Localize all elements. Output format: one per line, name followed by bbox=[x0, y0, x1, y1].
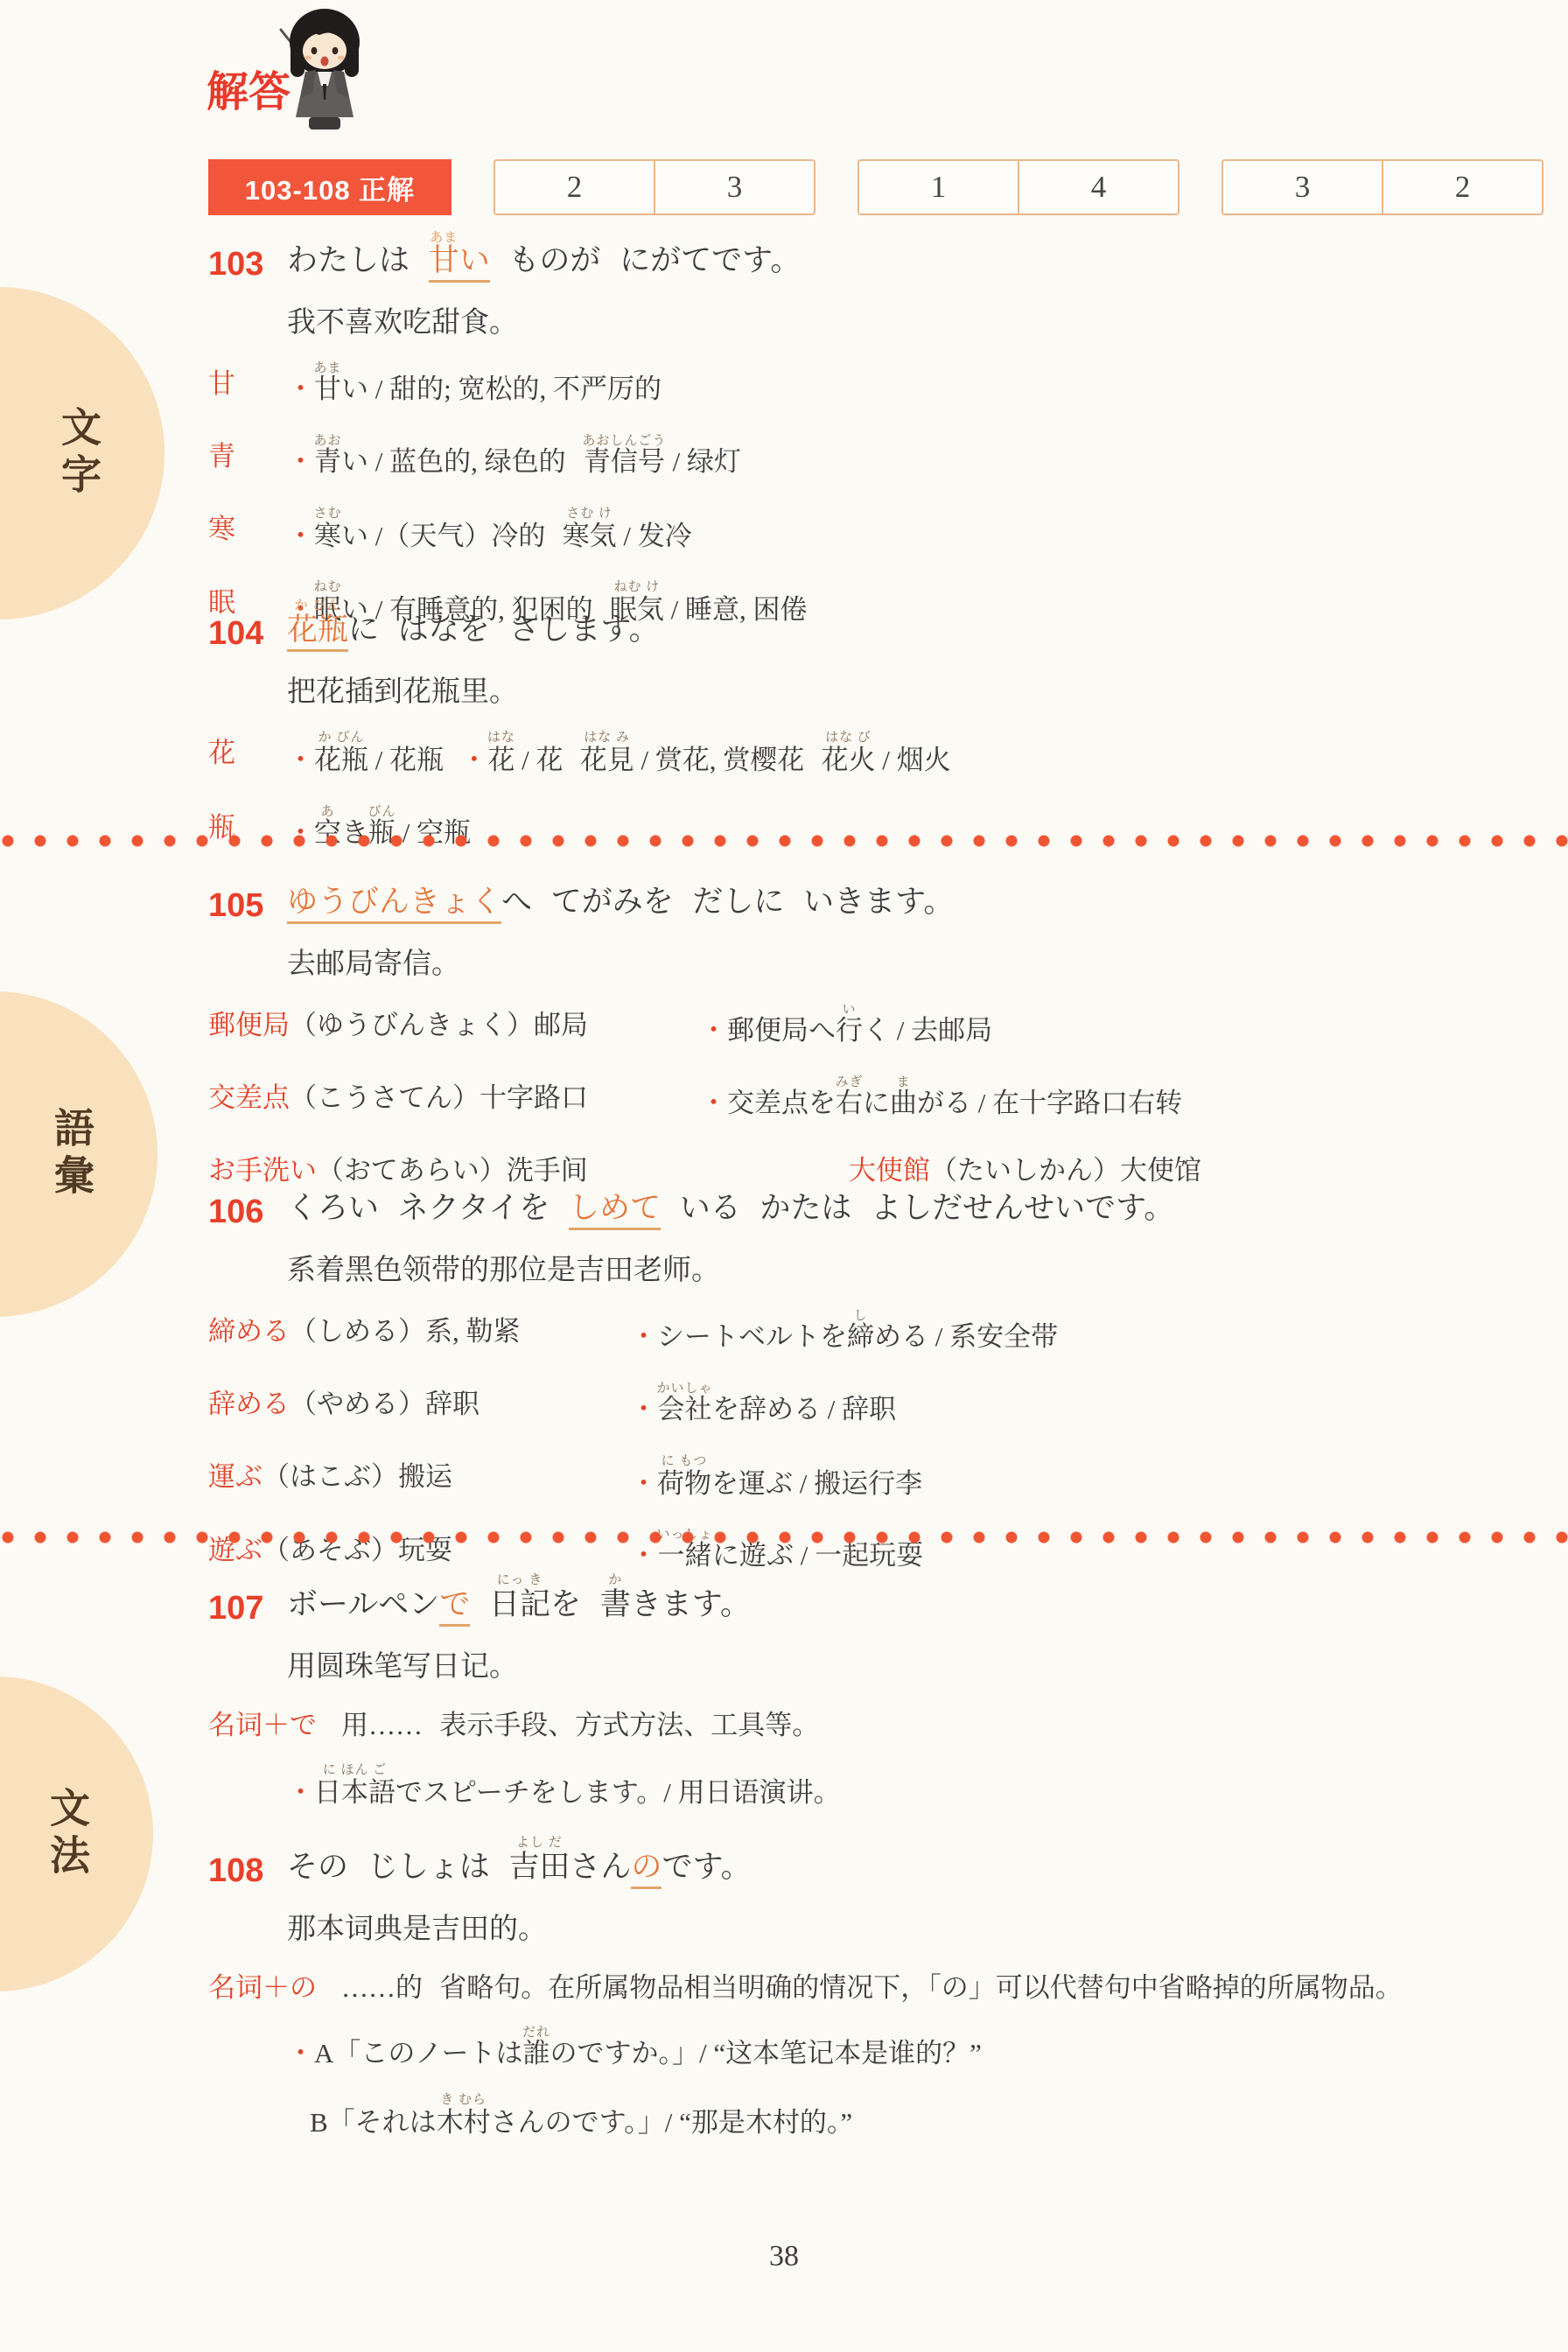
vocab-row: 辞める（やめる）辞职 ・会社かいしゃを辞める / 辞职 bbox=[208, 1382, 1543, 1433]
example-sentence-a: ・A「このノートは誰だれのですか。」/ “这本笔记本是谁的？” bbox=[287, 2026, 1543, 2077]
grammar-explanation: ……的省略句。在所属物品相当明确的情况下，「の」可以代替句中省略掉的所属物品。 bbox=[341, 1966, 1505, 2010]
section-104: 104 花瓶か びんにはなをさします。 把花插到花瓶里。 花 ・花瓶か びん /… bbox=[208, 598, 1543, 857]
answer-key-bar: 103-108 正解 2 3 1 4 3 2 bbox=[208, 159, 1543, 215]
vocab-entry: 締める（しめる）系, 勒紧 bbox=[208, 1309, 630, 1361]
vocab-example: ・会社かいしゃを辞める / 辞职 bbox=[630, 1382, 1543, 1433]
girl-illustration-svg bbox=[267, 2, 382, 143]
vocab-row: 甘 ・甘あまい / 甜的; 宽松的, 不严厉的 bbox=[208, 361, 1543, 413]
vocab-example: ・郵便局へ行いく / 去邮局 bbox=[700, 1003, 1543, 1054]
answer-group-2: 1 4 bbox=[857, 159, 1179, 215]
vocab-definition: ・寒さむい /（天气）冷的寒気さむ け / 发冷 bbox=[287, 507, 1543, 560]
chinese-translation: 用圆珠笔写日记。 bbox=[287, 1643, 1543, 1684]
answer-key-label: 103-108 正解 bbox=[208, 159, 451, 215]
vocab-example: ・シートベルトを締しめる / 系安全带 bbox=[630, 1309, 1543, 1361]
vocab-headword: 花 bbox=[208, 731, 287, 784]
vocab-row: 花 ・花瓶か びん / 花瓶・花はな / 花花見はな み / 赏花, 赏樱花花火… bbox=[208, 731, 1543, 784]
vocab-definition: ・花瓶か びん / 花瓶・花はな / 花花見はな み / 赏花, 赏樱花花火はな… bbox=[287, 731, 1543, 784]
answer-group-1: 2 3 bbox=[493, 159, 815, 215]
section-108: 108 そのじしょは吉田よし ださんのです。 那本词典是吉田的。 名词＋の ……… bbox=[208, 1836, 1543, 2145]
answer-group-3: 3 2 bbox=[1221, 159, 1543, 215]
badge-goi-label: 語彙 bbox=[42, 1107, 100, 1201]
vocab-definition: ・甘あまい / 甜的; 宽松的, 不严厉的 bbox=[287, 361, 1543, 413]
section-107: 107 ボールペンで日記にっ きを書かきます。 用圆珠笔写日记。 名词＋で 用…… bbox=[208, 1573, 1543, 1816]
japanese-sentence: くろいネクタイをしめているかたはよしだせんせいです。 bbox=[287, 1181, 1174, 1235]
section-106: 106 くろいネクタイをしめているかたはよしだせんせいです。 系着黑色领带的那位… bbox=[208, 1181, 1543, 1579]
japanese-sentence: ゆうびんきょくへてがみをだしにいきます。 bbox=[287, 875, 954, 928]
japanese-sentence: 花瓶か びんにはなをさします。 bbox=[287, 598, 660, 656]
vocab-entry: 運ぶ（はこぶ）搬运 bbox=[208, 1454, 630, 1508]
badge-moji-circle: 文字 bbox=[0, 287, 164, 619]
question-number: 107 bbox=[208, 1590, 287, 1631]
chinese-translation: 那本词典是吉田的。 bbox=[287, 1906, 1543, 1947]
teacher-girl-illustration bbox=[267, 2, 382, 148]
chinese-translation: 把花插到花瓶里。 bbox=[287, 668, 1543, 710]
vocab-headword: 寒 bbox=[208, 507, 287, 560]
vocab-row: 郵便局（ゆうびんきょく）邮局 ・郵便局へ行いく / 去邮局 bbox=[208, 1003, 1543, 1054]
example-sentence-b: B「それは木村き むらさんのです。」/ “那是木村的。” bbox=[310, 2093, 1543, 2146]
badge-bunpo-circle: 文法 bbox=[0, 1676, 153, 1991]
section-105: 105 ゆうびんきょくへてがみをだしにいきます。 去邮局寄信。 郵便局（ゆうびん… bbox=[208, 875, 1543, 1193]
section-divider bbox=[0, 1529, 1568, 1545]
answer-cell-104: 3 bbox=[654, 161, 814, 213]
answer-cell-105: 1 bbox=[859, 161, 1018, 213]
answer-cell-103: 2 bbox=[495, 161, 654, 213]
grammar-note: 名词＋の ……的省略句。在所属物品相当明确的情况下，「の」可以代替句中省略掉的所… bbox=[208, 1966, 1543, 2010]
vocab-row: 寒 ・寒さむい /（天气）冷的寒気さむ け / 发冷 bbox=[208, 507, 1543, 560]
japanese-sentence: ボールペンで日記にっ きを書かきます。 bbox=[287, 1573, 751, 1631]
question-number: 104 bbox=[208, 615, 287, 656]
badge-goi-circle: 語彙 bbox=[0, 991, 157, 1317]
grammar-pattern: 名词＋の bbox=[208, 1966, 341, 2010]
grammar-pattern: 名词＋で bbox=[208, 1704, 341, 1747]
vocab-headword: 青 bbox=[208, 434, 287, 486]
vocab-row: 交差点（こうさてん）十字路口 ・交差点を右みぎに曲まがる / 在十字路口右转 bbox=[208, 1075, 1543, 1127]
answer-cell-106: 4 bbox=[1018, 161, 1178, 213]
question-number: 105 bbox=[208, 887, 287, 928]
chinese-translation: 系着黑色领带的那位是吉田老师。 bbox=[287, 1247, 1543, 1288]
question-number: 103 bbox=[208, 246, 287, 287]
japanese-sentence: そのじしょは吉田よし ださんのです。 bbox=[287, 1836, 752, 1893]
vocab-entry: 交差点（こうさてん）十字路口 bbox=[208, 1075, 700, 1127]
vocab-example: ・交差点を右みぎに曲まがる / 在十字路口右转 bbox=[700, 1075, 1543, 1127]
vocab-row: 締める（しめる）系, 勒紧 ・シートベルトを締しめる / 系安全带 bbox=[208, 1309, 1543, 1361]
page-number: 38 bbox=[0, 2240, 1568, 2273]
vocab-row: 運ぶ（はこぶ）搬运 ・荷物に もつを運ぶ / 搬运行李 bbox=[208, 1454, 1543, 1508]
vocab-row: 青 ・青あおい / 蓝色的, 绿色的青信号あおしんごう / 绿灯 bbox=[208, 434, 1543, 486]
question-number: 106 bbox=[208, 1193, 287, 1235]
question-number: 108 bbox=[208, 1852, 287, 1893]
answer-cell-107: 3 bbox=[1223, 161, 1382, 213]
grammar-explanation: 用……表示手段、方式方法、工具等。 bbox=[341, 1704, 1505, 1747]
answer-cell-108: 2 bbox=[1382, 161, 1542, 213]
japanese-sentence: わたしは甘あまいものがにがてです。 bbox=[287, 231, 801, 287]
vocab-entry: 辞める（やめる）辞职 bbox=[208, 1382, 630, 1433]
vocab-definition: ・青あおい / 蓝色的, 绿色的青信号あおしんごう / 绿灯 bbox=[287, 434, 1543, 486]
vocab-entry: 郵便局（ゆうびんきょく）邮局 bbox=[208, 1003, 700, 1054]
example-sentence: ・日本語に ほん ごでスピーチをします。/ 用日语演讲。 bbox=[287, 1763, 1543, 1816]
textbook-answer-page: 文字 語彙 文法 解答 103-108 正解 bbox=[0, 0, 1568, 2352]
section-divider bbox=[0, 833, 1568, 849]
grammar-note: 名词＋で 用……表示手段、方式方法、工具等。 bbox=[208, 1704, 1543, 1747]
section-103: 103 わたしは甘あまいものがにがてです。 我不喜欢吃甜食。 甘 ・甘あまい /… bbox=[208, 231, 1543, 633]
vocab-headword: 甘 bbox=[208, 361, 287, 413]
badge-bunpo-label: 文法 bbox=[38, 1787, 95, 1881]
vocab-example: ・荷物に もつを運ぶ / 搬运行李 bbox=[630, 1454, 1543, 1508]
chinese-translation: 我不喜欢吃甜食。 bbox=[287, 299, 1543, 340]
badge-moji-label: 文字 bbox=[49, 406, 107, 500]
chinese-translation: 去邮局寄信。 bbox=[287, 941, 1543, 982]
